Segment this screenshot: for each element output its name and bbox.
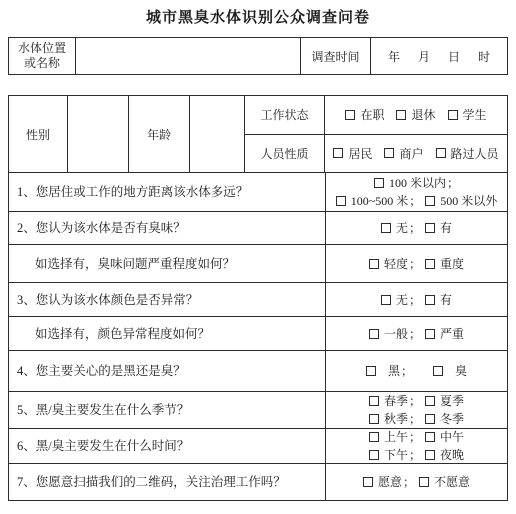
checkbox-option: 在职: [345, 106, 384, 123]
header-row: 水体位置或名称 调查时间 年月日时: [9, 38, 507, 74]
demographic-subrow: 人员性质居民商户路过人员: [245, 134, 507, 173]
checkbox-icon[interactable]: [345, 110, 355, 120]
checkbox-icon[interactable]: [425, 396, 435, 406]
demographic-label: 人员性质: [245, 135, 324, 173]
option-line: 无；有: [379, 291, 454, 309]
checkbox-icon[interactable]: [419, 477, 429, 487]
option-line: 轻度；重度: [367, 255, 466, 273]
option-label: 下午: [384, 446, 408, 464]
questionnaire-page: 城市黑臭水体识别公众调查问卷 水体位置或名称 调查时间 年月日时 性别 年龄 工…: [0, 0, 516, 501]
question-options: 上午；中午下午；夜晚: [325, 429, 507, 463]
checkbox-icon[interactable]: [369, 450, 379, 460]
checkbox-option: 100 米以内；: [374, 174, 459, 192]
checkbox-option: 严重: [425, 325, 464, 343]
date-unit-label: 年: [388, 48, 400, 65]
checkbox-option: 100~500 米；: [336, 192, 422, 210]
question-row: 7、您愿意扫描我们的二维码，关注治理工作吗？愿意；不愿意: [9, 463, 507, 500]
question-text: 6、黑/臭主要发生在什么时间？: [9, 429, 325, 463]
checkbox-icon[interactable]: [396, 110, 406, 120]
option-separator: ；: [409, 410, 421, 428]
checkbox-icon[interactable]: [436, 148, 446, 158]
question-text: 5、黑/臭主要发生在什么季节？: [9, 392, 325, 428]
checkbox-icon[interactable]: [425, 196, 435, 206]
question-text: 3、您认为该水体颜色是否异常？: [9, 283, 325, 316]
checkbox-option: 秋季；: [369, 410, 421, 428]
option-label: 100~500 米: [351, 192, 409, 210]
question-text: 如选择有，臭味问题严重程度如何？: [9, 245, 325, 282]
option-label: 100 米以内: [389, 174, 446, 192]
option-label: 春季: [384, 392, 408, 410]
checkbox-option: 退休: [396, 106, 435, 123]
age-input[interactable]: [189, 96, 244, 172]
checkbox-icon[interactable]: [369, 414, 379, 424]
demographics-row: 性别 年龄 工作状态在职退休学生人员性质居民商户路过人员: [9, 96, 507, 172]
checkbox-icon[interactable]: [381, 295, 391, 305]
option-label: 上午: [384, 428, 408, 446]
question-row: 1、您居住或工作的地方距离该水体多远？100 米以内；100~500 米；500…: [9, 172, 507, 211]
checkbox-icon[interactable]: [425, 450, 435, 460]
age-label: 年龄: [128, 96, 189, 172]
option-line: 愿意；不愿意: [361, 473, 472, 491]
question-text: 7、您愿意扫描我们的二维码，关注治理工作吗？: [9, 464, 325, 500]
survey-time-label: 调查时间: [300, 38, 370, 74]
option-separator: ；: [409, 192, 421, 210]
gender-input[interactable]: [67, 96, 128, 172]
option-separator: ；: [403, 473, 415, 491]
date-unit-label: 时: [478, 48, 490, 65]
option-label: 重度: [440, 255, 464, 273]
checkbox-option: 商户: [384, 145, 423, 162]
option-label: 无: [396, 219, 408, 237]
checkbox-option: 500 米以外: [425, 192, 497, 210]
option-label: 有: [440, 291, 452, 309]
option-label: 有: [440, 219, 452, 237]
checkbox-icon[interactable]: [369, 396, 379, 406]
option-label: 无: [396, 291, 408, 309]
question-row: 4、您主要关心的是黑还是臭？黑；臭: [9, 350, 507, 391]
demographic-options: 居民商户路过人员: [324, 135, 507, 173]
option-label: 愿意: [378, 473, 402, 491]
checkbox-option: 冬季: [425, 410, 464, 428]
water-body-input[interactable]: [75, 38, 300, 74]
option-separator: ；: [447, 174, 459, 192]
checkbox-option: 无；: [381, 219, 421, 237]
question-options: 愿意；不愿意: [325, 464, 507, 500]
checkbox-option: 有: [425, 291, 452, 309]
question-text: 4、您主要关心的是黑还是臭？: [9, 351, 325, 391]
option-label: 商户: [399, 145, 423, 162]
main-table: 性别 年龄 工作状态在职退休学生人员性质居民商户路过人员 1、您居住或工作的地方…: [8, 95, 508, 501]
option-line: 下午；夜晚: [367, 446, 466, 464]
checkbox-icon[interactable]: [369, 259, 379, 269]
option-line: 上午；中午: [367, 428, 466, 446]
option-label: 轻度: [384, 255, 408, 273]
checkbox-option: 学生: [448, 106, 487, 123]
option-line: 一般；严重: [367, 325, 466, 343]
option-label: 夜晚: [440, 446, 464, 464]
option-label: 冬季: [440, 410, 464, 428]
question-options: 无；有: [325, 212, 507, 244]
checkbox-icon[interactable]: [333, 148, 343, 158]
checkbox-icon[interactable]: [336, 196, 346, 206]
gender-label: 性别: [9, 96, 67, 172]
question-row: 6、黑/臭主要发生在什么时间？上午；中午下午；夜晚: [9, 428, 507, 463]
checkbox-icon[interactable]: [363, 477, 373, 487]
checkbox-option: 上午；: [369, 428, 421, 446]
status-section: 工作状态在职退休学生人员性质居民商户路过人员: [244, 96, 507, 172]
checkbox-option: 愿意；: [363, 473, 415, 491]
date-unit-label: 日: [448, 48, 460, 65]
demographic-label: 工作状态: [245, 96, 324, 134]
option-label: 不愿意: [434, 473, 470, 491]
date-unit-label: 月: [418, 48, 430, 65]
checkbox-option: 臭: [433, 362, 467, 380]
checkbox-option: 春季；: [369, 392, 421, 410]
question-row: 2、您认为该水体是否有臭味？无；有: [9, 211, 507, 244]
question-row: 如选择有，臭味问题严重程度如何？轻度；重度: [9, 244, 507, 282]
option-line: 100 米以内；100~500 米；500 米以外: [329, 174, 504, 210]
option-label: 学生: [463, 106, 487, 123]
checkbox-option: 轻度；: [369, 255, 421, 273]
option-line: 秋季；冬季: [367, 410, 466, 428]
question-options: 春季；夏季秋季；冬季: [325, 392, 507, 428]
checkbox-icon[interactable]: [425, 295, 435, 305]
checkbox-option: 夏季: [425, 392, 464, 410]
option-separator: ；: [409, 325, 421, 343]
checkbox-option: 无；: [381, 291, 421, 309]
option-separator: ；: [401, 362, 413, 380]
option-label: 居民: [348, 145, 372, 162]
option-separator: ；: [409, 255, 421, 273]
checkbox-option: 一般；: [369, 325, 421, 343]
question-options: 无；有: [325, 283, 507, 316]
checkbox-option: 黑；: [366, 362, 413, 380]
option-label: 夏季: [440, 392, 464, 410]
question-text: 如选择有，颜色异常程度如何？: [9, 317, 325, 350]
option-label: 黑: [388, 362, 400, 380]
checkbox-option: 下午；: [369, 446, 421, 464]
option-separator: ；: [409, 428, 421, 446]
option-label: 路过人员: [451, 145, 499, 162]
checkbox-icon[interactable]: [425, 259, 435, 269]
option-label: 中午: [440, 428, 464, 446]
checkbox-option: 不愿意: [419, 473, 470, 491]
checkbox-icon[interactable]: [425, 223, 435, 233]
option-line: 黑；臭: [356, 362, 477, 380]
option-separator: ；: [409, 446, 421, 464]
question-row: 如选择有，颜色异常程度如何？一般；严重: [9, 316, 507, 350]
option-separator: ；: [409, 392, 421, 410]
water-body-label: 水体位置或名称: [9, 38, 75, 74]
question-options: 轻度；重度: [325, 245, 507, 282]
option-label: 严重: [440, 325, 464, 343]
option-label: 秋季: [384, 410, 408, 428]
checkbox-icon[interactable]: [384, 148, 394, 158]
demographic-subrow: 工作状态在职退休学生: [245, 96, 507, 134]
option-label: 500 米以外: [440, 192, 497, 210]
checkbox-icon[interactable]: [369, 432, 379, 442]
page-title: 城市黑臭水体识别公众调查问卷: [8, 9, 508, 27]
checkbox-option: 中午: [425, 428, 464, 446]
checkbox-icon[interactable]: [369, 329, 379, 339]
option-label: 退休: [411, 106, 435, 123]
checkbox-icon[interactable]: [381, 223, 391, 233]
checkbox-icon[interactable]: [374, 178, 384, 188]
checkbox-option: 居民: [333, 145, 372, 162]
question-options: 黑；臭: [325, 351, 507, 391]
checkbox-option: 有: [425, 219, 452, 237]
checkbox-icon[interactable]: [366, 366, 376, 376]
option-separator: ；: [409, 291, 421, 309]
checkbox-icon[interactable]: [433, 366, 443, 376]
option-separator: ；: [409, 219, 421, 237]
survey-date-field[interactable]: 年月日时: [370, 38, 507, 74]
option-line: 无；有: [379, 219, 454, 237]
question-options: 一般；严重: [325, 317, 507, 350]
question-text: 1、您居住或工作的地方距离该水体多远？: [9, 173, 325, 211]
checkbox-icon[interactable]: [448, 110, 458, 120]
question-options: 100 米以内；100~500 米；500 米以外: [325, 173, 507, 211]
header-table: 水体位置或名称 调查时间 年月日时: [8, 37, 508, 75]
checkbox-icon[interactable]: [425, 432, 435, 442]
option-label: 臭: [455, 362, 467, 380]
checkbox-option: 夜晚: [425, 446, 464, 464]
question-row: 5、黑/臭主要发生在什么季节？春季；夏季秋季；冬季: [9, 391, 507, 428]
demographic-options: 在职退休学生: [324, 96, 507, 134]
option-label: 一般: [384, 325, 408, 343]
checkbox-option: 重度: [425, 255, 464, 273]
question-row: 3、您认为该水体颜色是否异常？无；有: [9, 282, 507, 316]
checkbox-icon[interactable]: [425, 414, 435, 424]
option-label: 在职: [360, 106, 384, 123]
checkbox-option: 路过人员: [436, 145, 499, 162]
option-line: 春季；夏季: [367, 392, 466, 410]
checkbox-icon[interactable]: [425, 329, 435, 339]
question-text: 2、您认为该水体是否有臭味？: [9, 212, 325, 244]
